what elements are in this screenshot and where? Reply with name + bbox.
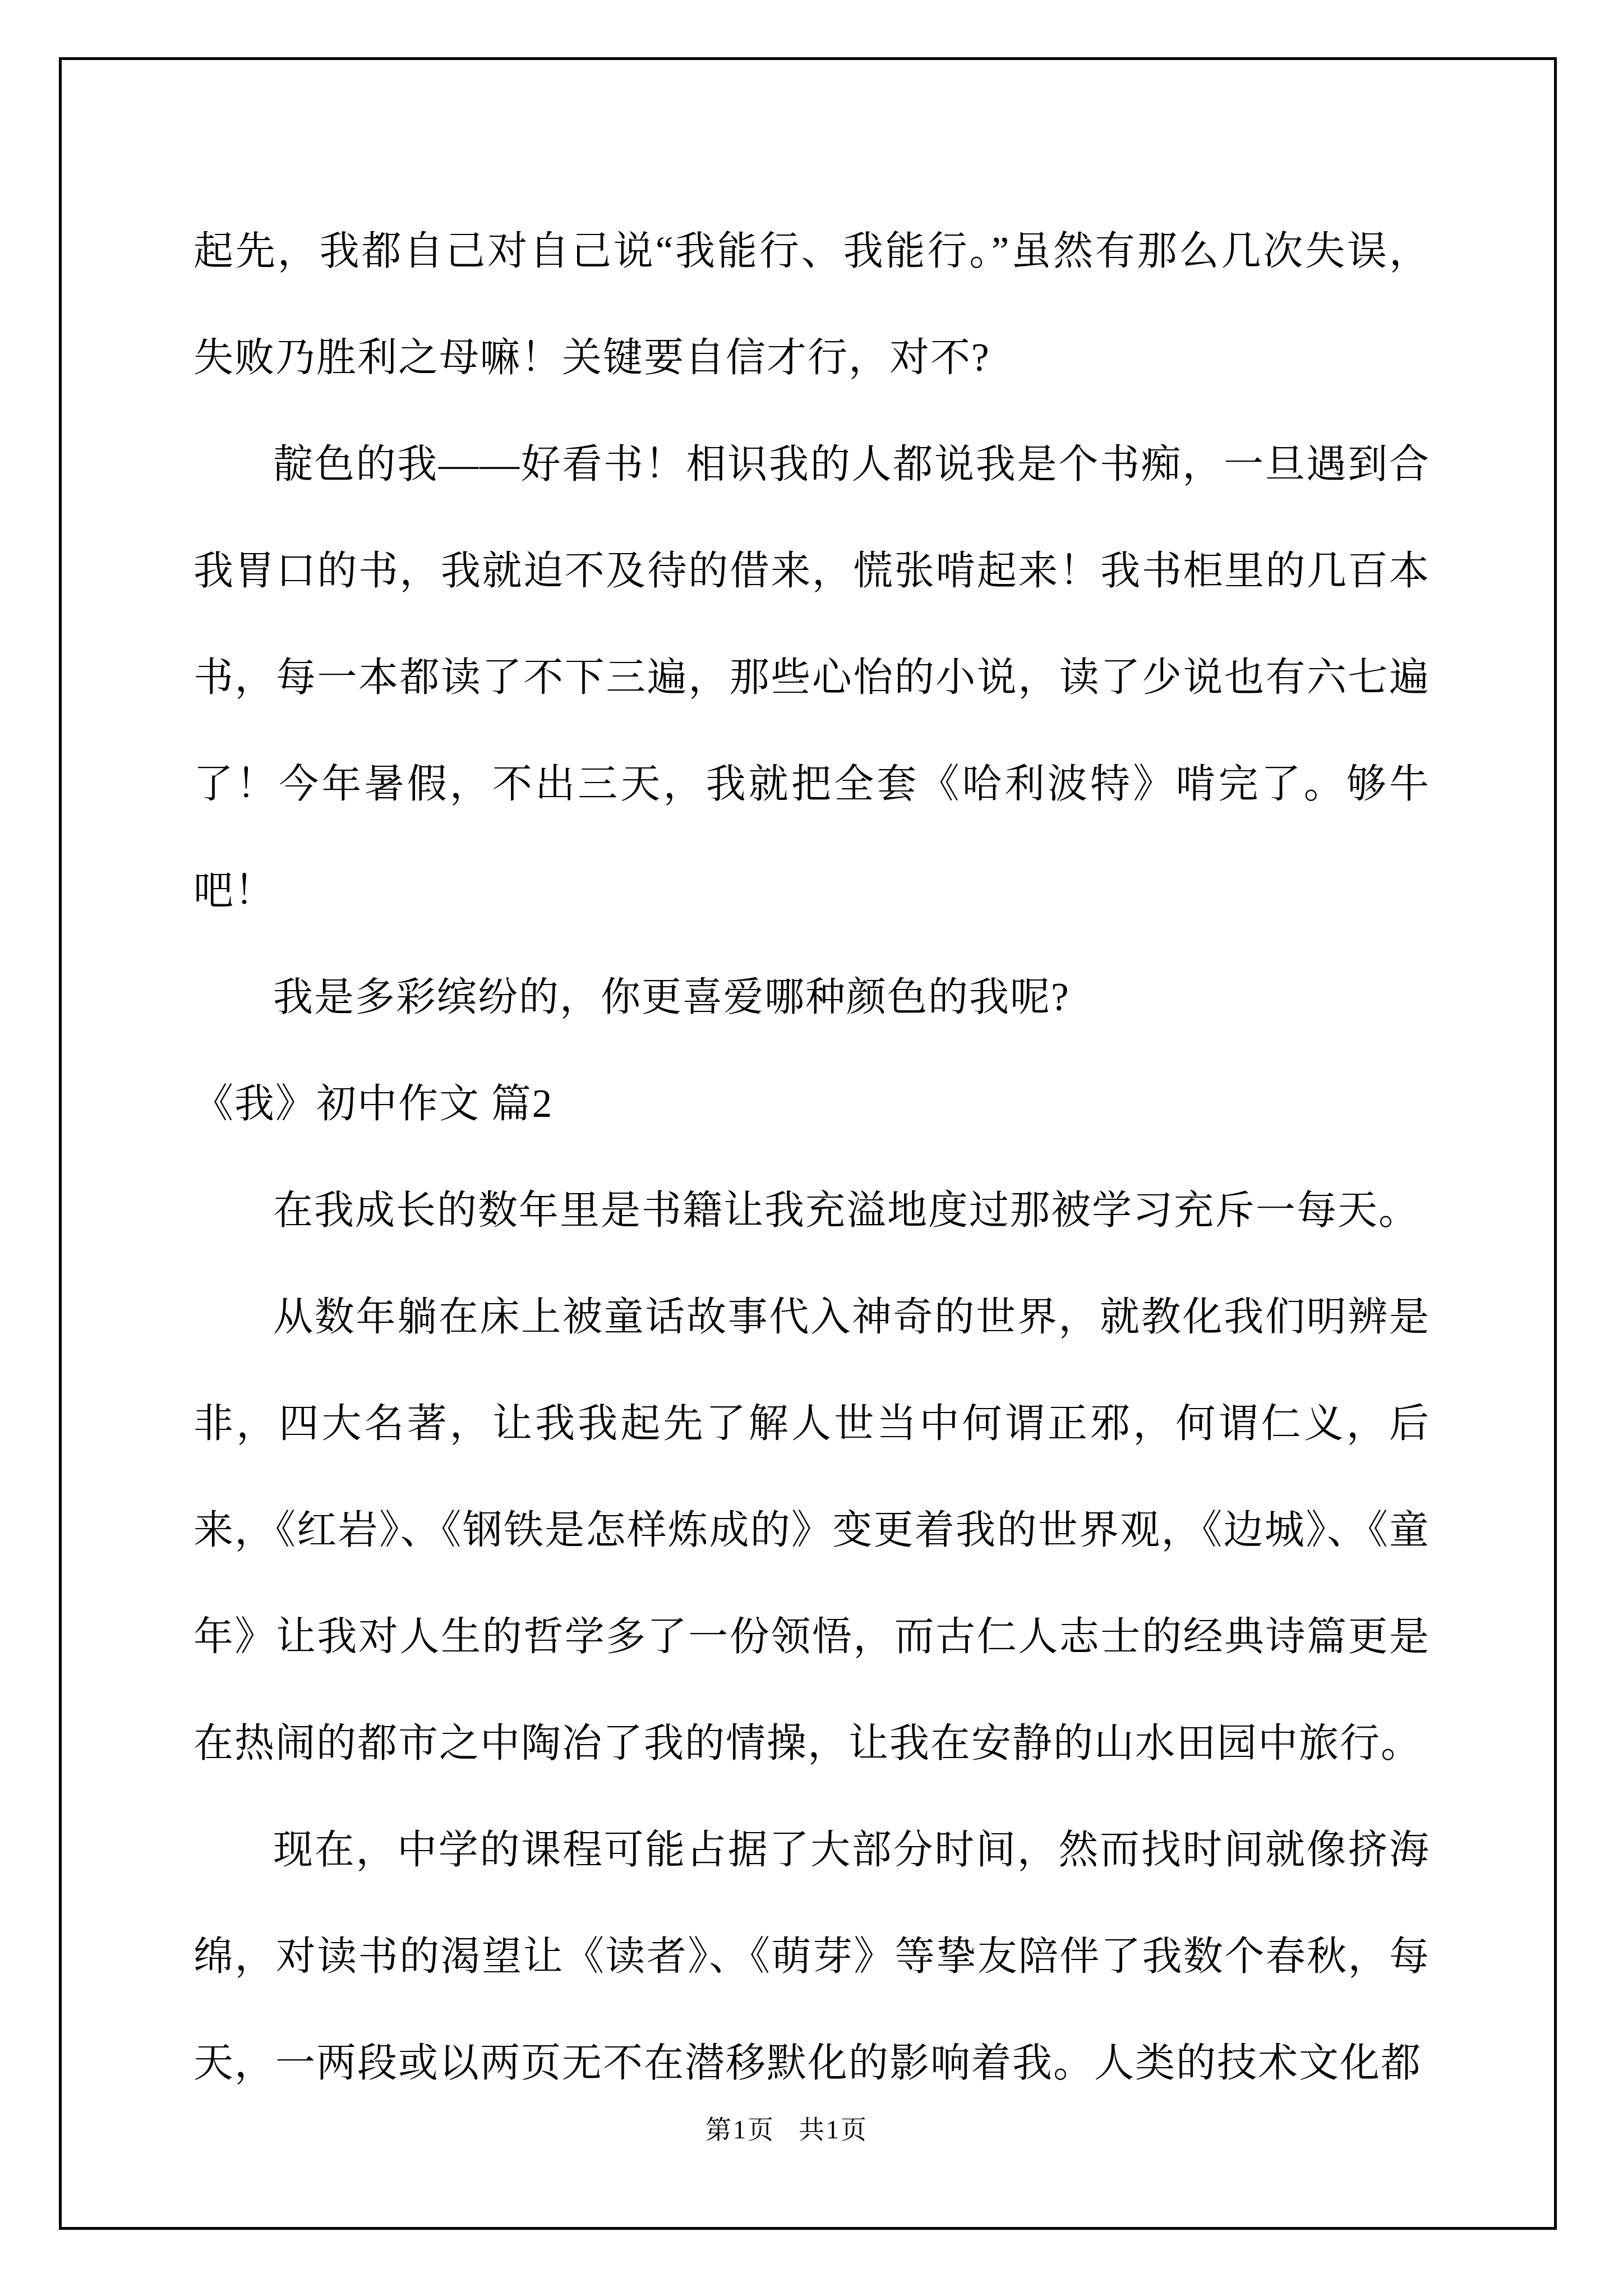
paragraph-books-filled-days: 在我成长的数年里是书籍让我充溢地度过那被学习充斥一每天。 xyxy=(193,1157,1430,1264)
page-number-total: 共1页 xyxy=(799,2115,868,2144)
page-footer: 第1页共1页 xyxy=(706,2113,868,2147)
paragraph-indigo-me: 靛色的我——好看书！相识我的人都说我是个书痴，一旦遇到合我胃口的书，我就迫不及待… xyxy=(193,411,1430,944)
paragraph-continuation: 起先，我都自己对自己说“我能行、我能行。”虽然有那么几次失误，失败乃胜利之母嘛！… xyxy=(193,198,1430,411)
section-heading-essay-2: 《我》初中作文 篇2 xyxy=(193,1051,1430,1157)
page-number-current: 第1页 xyxy=(706,2115,775,2144)
paragraph-middle-school-reading: 现在，中学的课程可能占据了大部分时间，然而找时间就像挤海绵，对读书的渴望让《读者… xyxy=(193,1797,1430,2116)
paragraph-reading-growth: 从数年躺在床上被童话故事代入神奇的世界，就教化我们明辨是非，四大名著，让我我起先… xyxy=(193,1264,1430,1797)
document-canvas: 起先，我都自己对自己说“我能行、我能行。”虽然有那么几次失误，失败乃胜利之母嘛！… xyxy=(0,0,1623,2296)
paragraph-colorful-me: 我是多彩缤纷的，你更喜爱哪种颜色的我呢? xyxy=(193,944,1430,1051)
essay-body: 起先，我都自己对自己说“我能行、我能行。”虽然有那么几次失误，失败乃胜利之母嘛！… xyxy=(193,198,1430,2116)
page-border-frame: 起先，我都自己对自己说“我能行、我能行。”虽然有那么几次失误，失败乃胜利之母嘛！… xyxy=(59,57,1557,2230)
